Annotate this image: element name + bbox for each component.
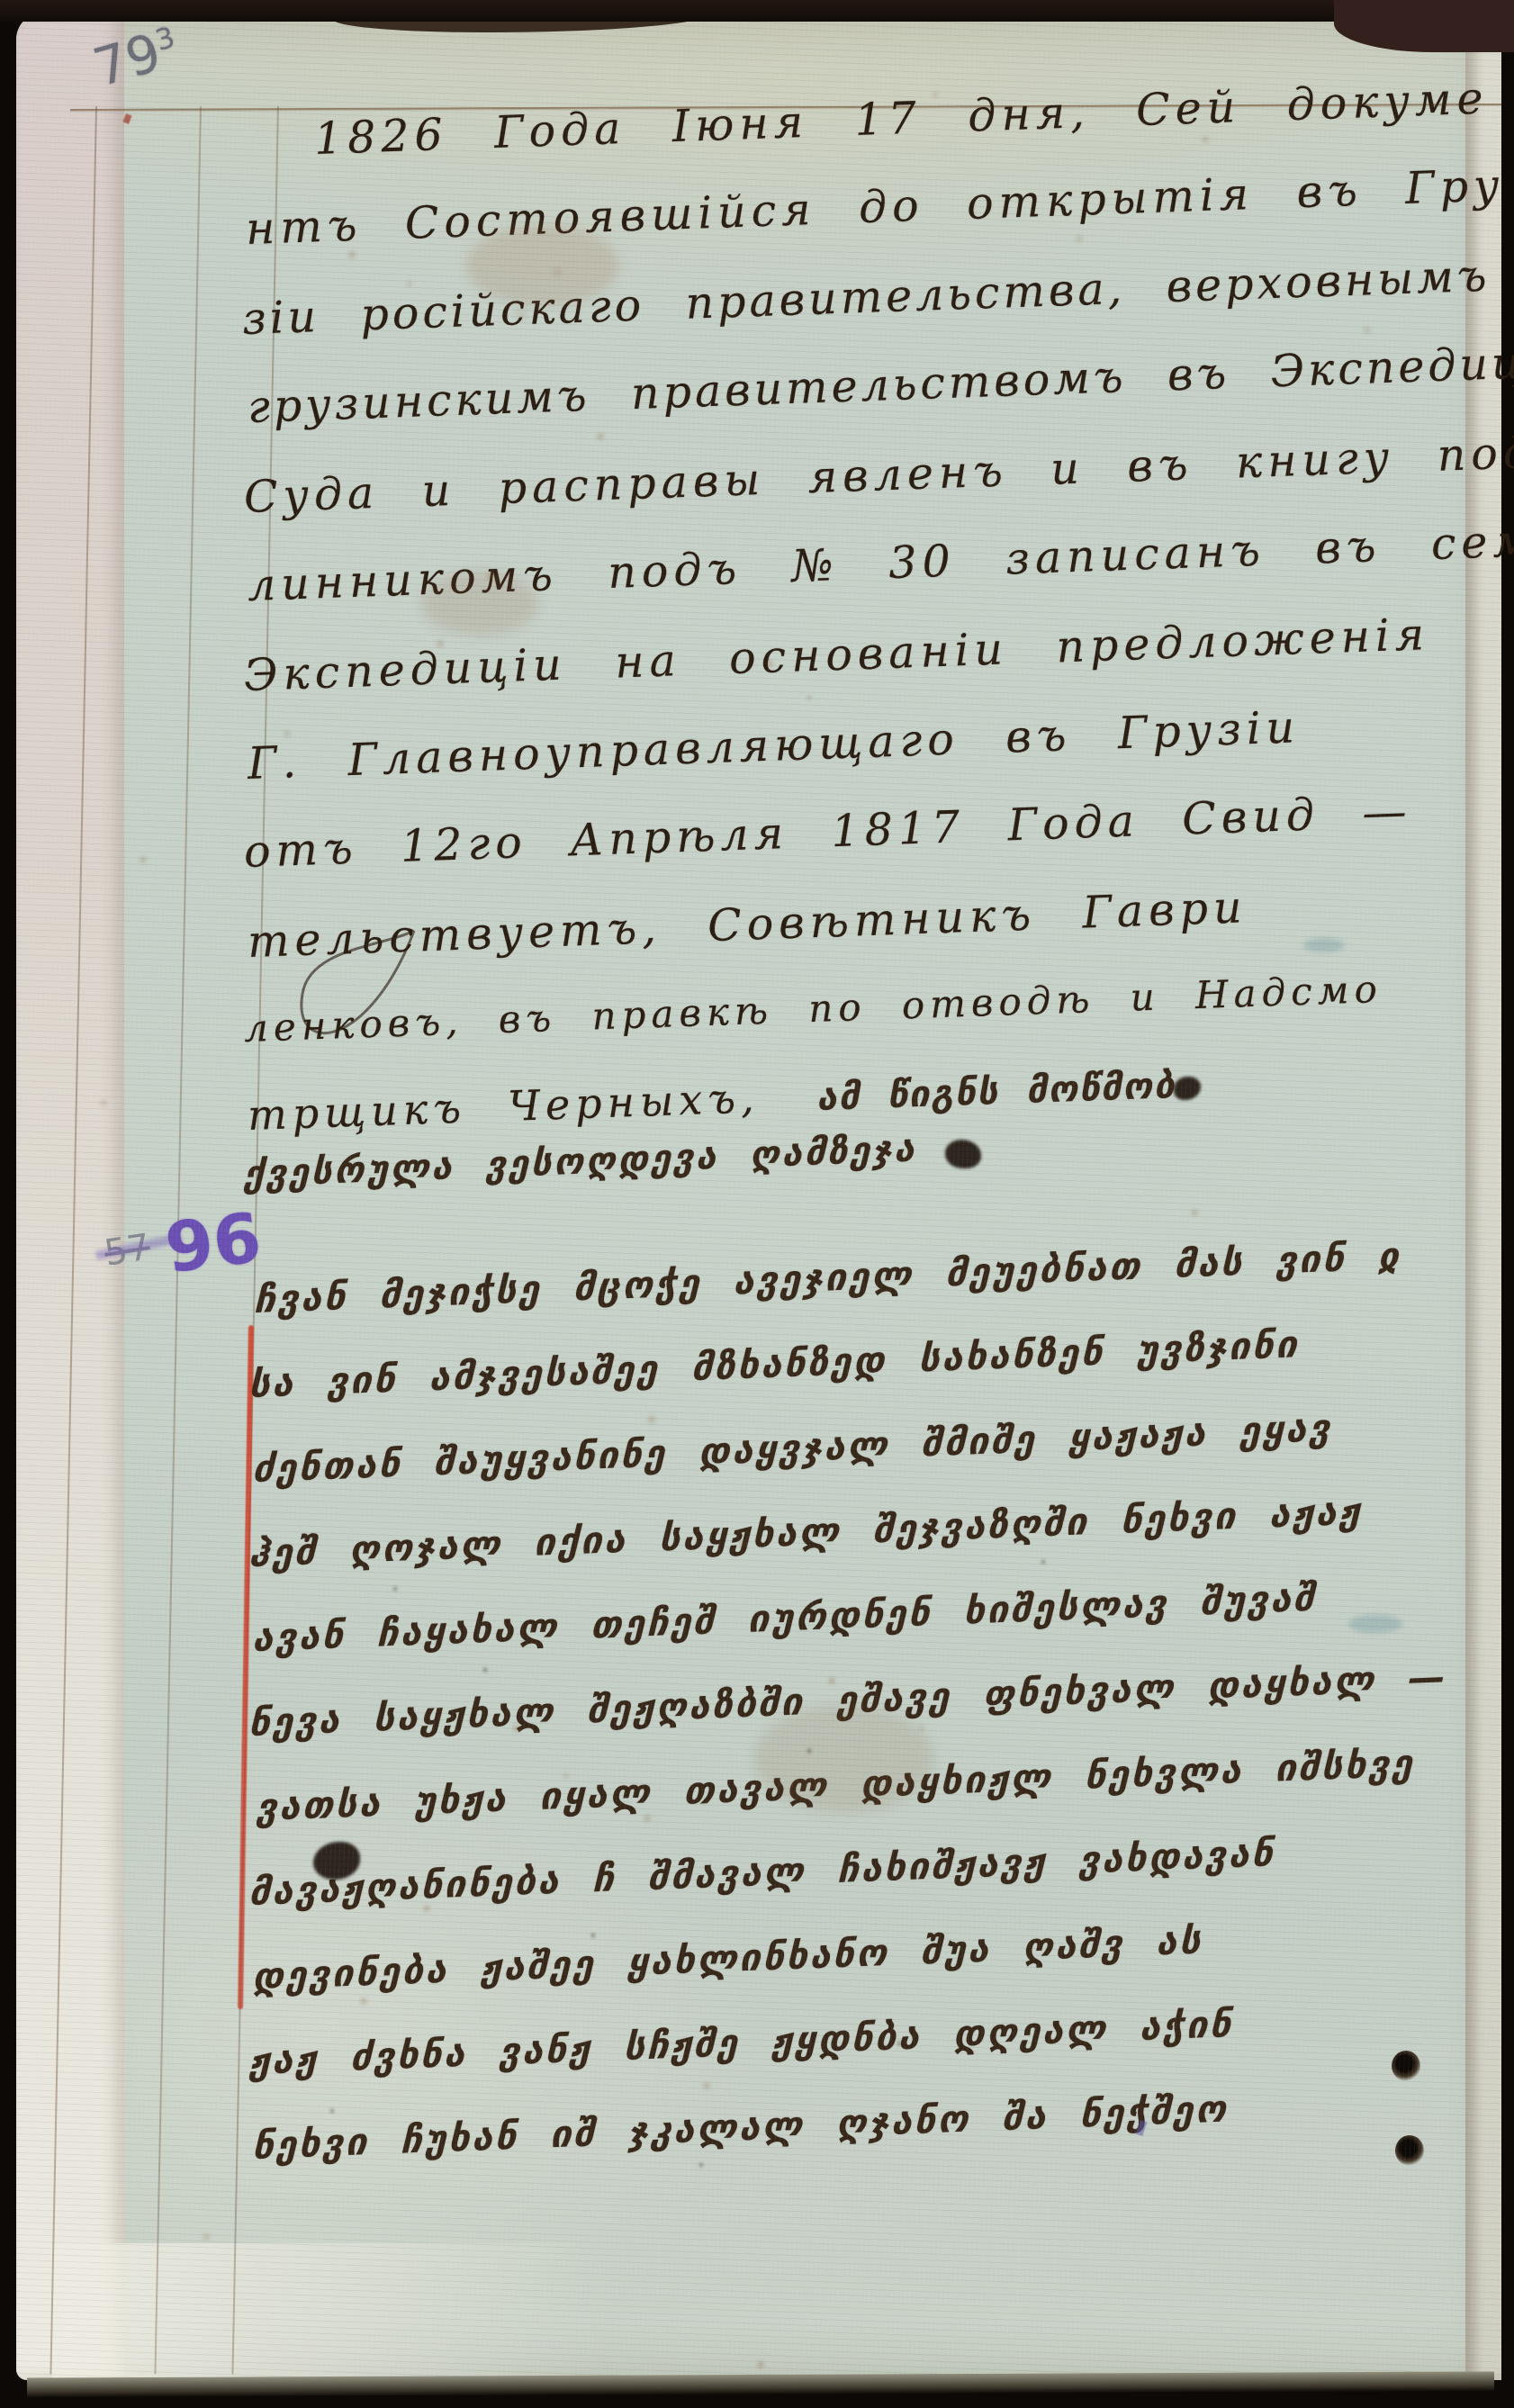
russian-line-3: зіи російскаго правительства, верховнымъ <box>241 250 1491 345</box>
georgian-line-9: დევინება ჟაშეე ყახლინხანო შუა ღაშვ ას <box>252 1918 1203 1998</box>
new-margin-number: 96 <box>161 1197 266 1288</box>
binding-hole <box>1392 2051 1420 2081</box>
paper-stain <box>754 1705 934 1813</box>
russian-line-9: отъ 12го Апрѣля 1817 Года Свид — <box>243 786 1412 878</box>
binding-hole <box>1395 2135 1424 2166</box>
georgian-line-2: სა ვინ ამჯვესაშეე მზხანზედ სახანზენ უვზჯ… <box>248 1322 1301 1406</box>
pen-flourish <box>279 924 432 1059</box>
left-page-edge <box>16 13 124 2380</box>
top-binding-shadow <box>0 0 1514 22</box>
georgian-line-3: ძენთან შაუყვანინე დაყვჯალ შმიშე ყაჟაჟა ე… <box>252 1406 1333 1491</box>
georgian-line-8: მავაჟღანინება ჩ შმავალ ჩახიშჟავჟ ვახდავა… <box>248 1831 1276 1914</box>
russian-line-5: Суда и расправы явленъ и въ книгу под — <box>243 423 1514 523</box>
russian-line-12-text: трщикъ Черныхъ, <box>247 1073 760 1140</box>
russian-line-7: Экспедиціи на основаніи предложенія <box>243 609 1430 701</box>
manuscript-page: 793 57 96 1826 Года Іюня 17 дня, Сей док… <box>16 13 1501 2380</box>
ink-blot <box>1174 1077 1201 1100</box>
georgian-line-10: ჟაჟ ძვხნა ვანჟ სჩჟშე ჟყდნბა დღეალ აჭინ <box>248 2002 1234 2083</box>
russian-line-8: Г. Главноуправляющаго въ Грузіи <box>247 701 1301 789</box>
georgian-attest-line-2: ქვესრულა ვესოღდევა ღამზეჯა <box>243 1128 917 1195</box>
georgian-line-11: ნეხვი ჩუხან იშ ჯკალალ ღჯანო შა ნეჭშეო <box>252 2087 1230 2168</box>
bottom-paper-band <box>52 2243 610 2380</box>
georgian-line-1: ჩვან მეჯიჭსე მცოჭე ავეჯიელ მეუებნათ მას … <box>254 1234 1402 1321</box>
scan-background: 793 57 96 1826 Года Іюня 17 дня, Сей док… <box>0 0 1514 2408</box>
russian-line-12: трщикъ Черныхъ,ამ წიგნს მოწმობ <box>247 1059 1176 1140</box>
georgian-line-5: ავან ჩაყახალ თეჩეშ იურდნენ ხიშესლავ შუვა… <box>252 1576 1317 1660</box>
russian-line-1: 1826 Года Іюня 17 дня, Сей докуме — <box>313 69 1514 165</box>
ink-blot <box>945 1140 981 1168</box>
russian-line-2: нтъ Состоявшійся до открытія въ Гру — <box>245 157 1514 255</box>
paper-stain <box>466 225 619 306</box>
bleedthrough-ghost <box>1348 1615 1402 1633</box>
bleedthrough-ghost <box>1303 938 1345 952</box>
red-speck <box>123 113 132 124</box>
georgian-attest-inline: ამ წიგნს მოწმობ <box>816 1065 1177 1119</box>
paper-stain <box>421 571 538 636</box>
russian-line-4: грузинскимъ правительствомъ въ Экспедиці… <box>247 336 1514 433</box>
georgian-line-4: ჰეშ ღოჯალ იქია საყჟხალ შეჯვაზღში ნეხვი ა… <box>248 1489 1363 1575</box>
